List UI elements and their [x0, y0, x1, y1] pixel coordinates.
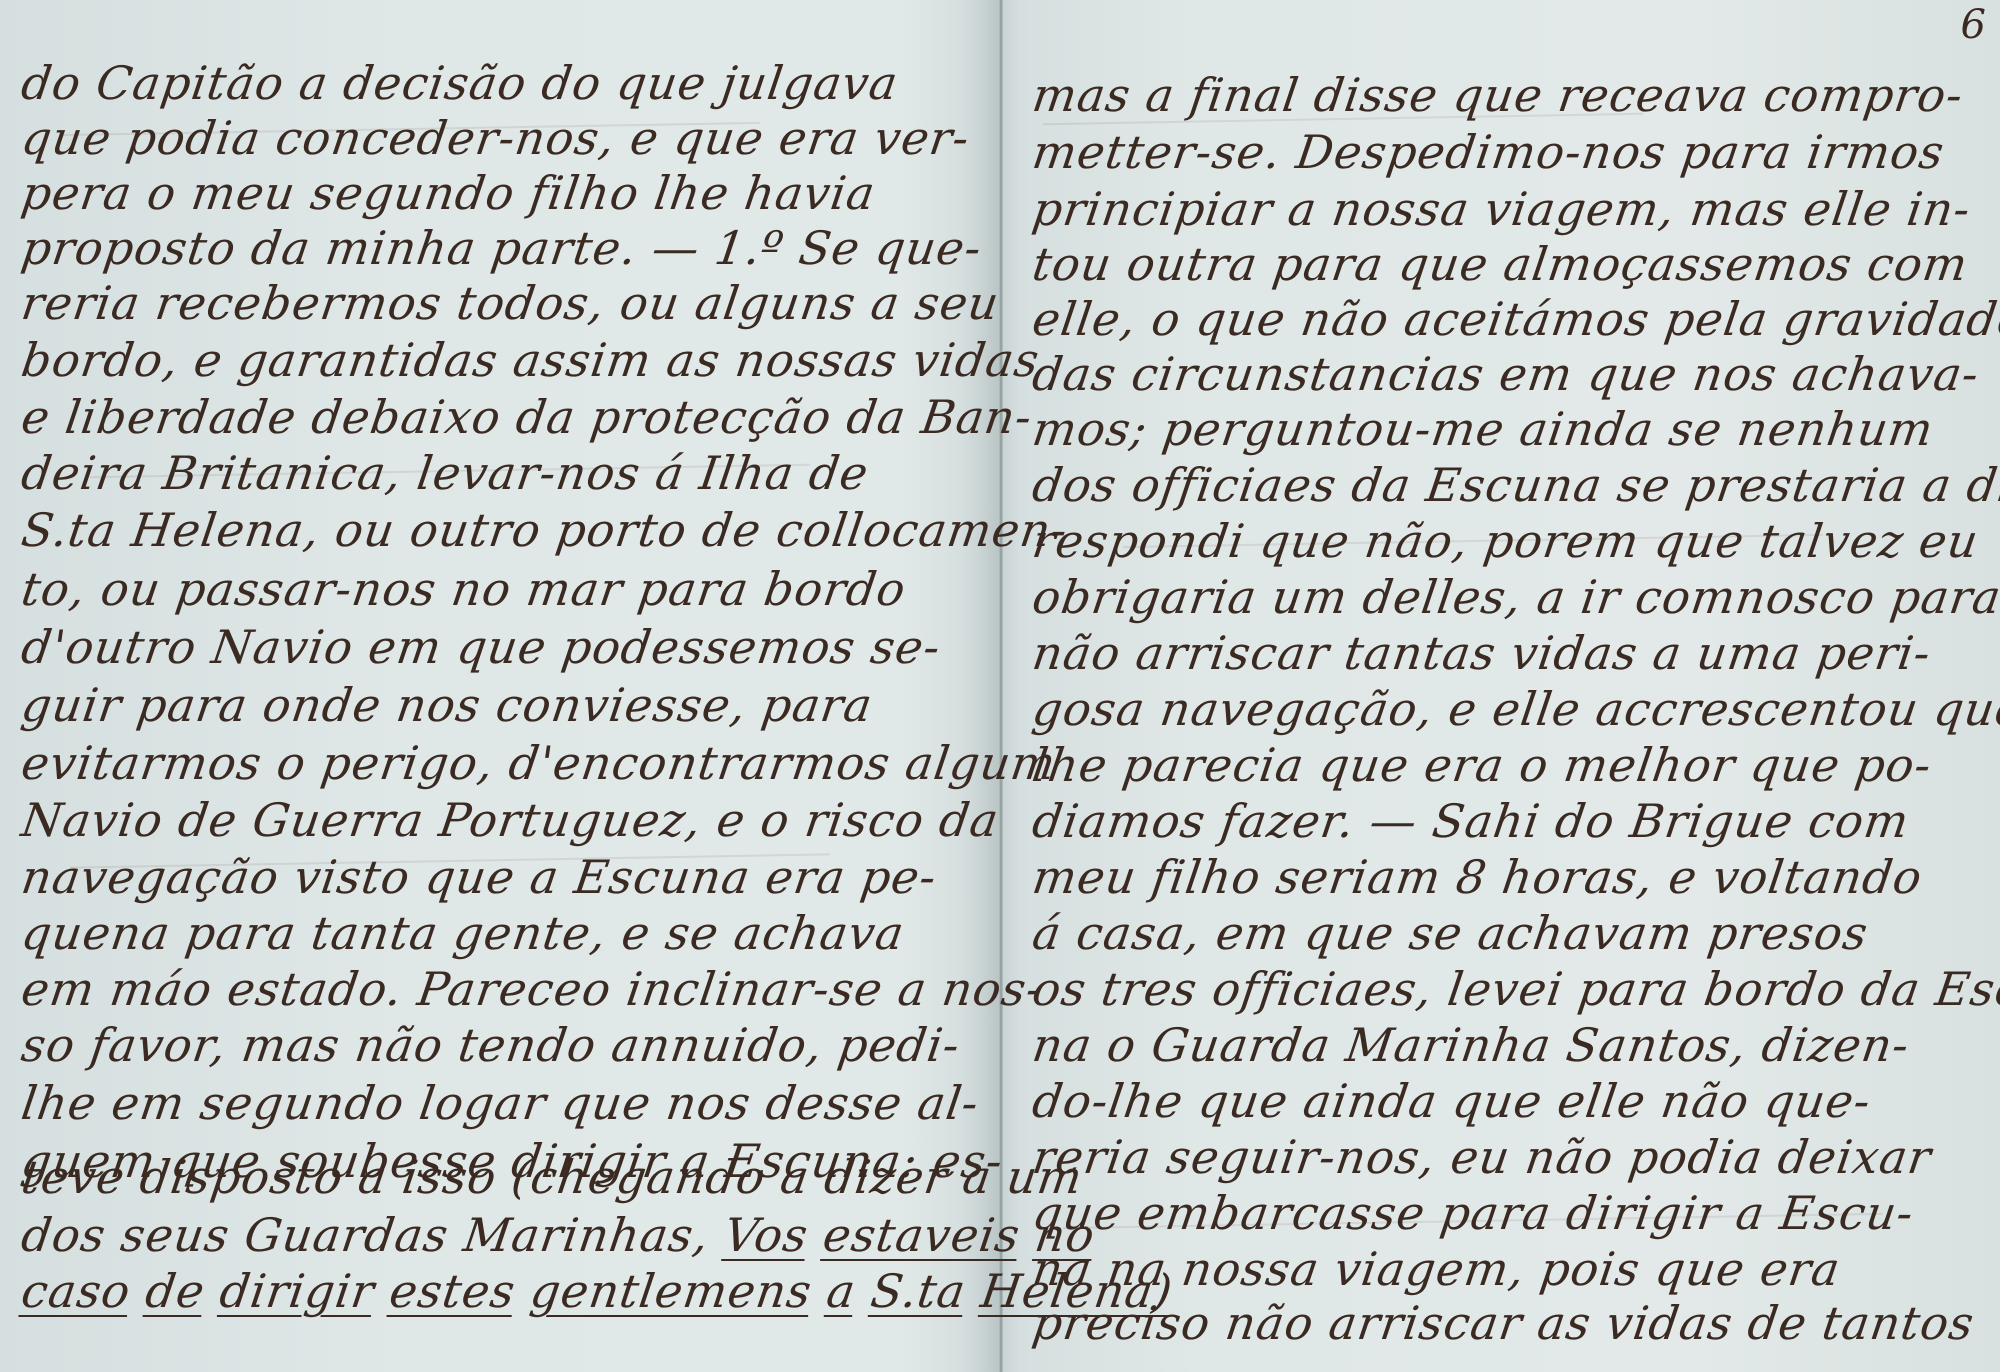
- manuscript-line: reria seguir-nos, eu não podia deixar: [1029, 1130, 1935, 1184]
- underlined-word: de: [142, 1264, 208, 1318]
- underlined-word: caso: [18, 1264, 134, 1318]
- manuscript-line: dos officiaes da Escuna se prestaria a d…: [1029, 458, 2000, 512]
- manuscript-line: das circunstancias em que nos achava-: [1029, 347, 1983, 401]
- page-number: 6: [1961, 2, 1986, 48]
- underlined-word: estes: [386, 1264, 519, 1318]
- manuscript-line: que embarcasse para dirigir a Escu-: [1029, 1186, 1917, 1240]
- left-page: do Capitão a decisão do que julgava que …: [0, 0, 1000, 1372]
- manuscript-line: mas a final disse que receava compro-: [1029, 68, 1967, 122]
- manuscript-spread: do Capitão a decisão do que julgava que …: [0, 0, 2000, 1372]
- manuscript-line: deira Britanica, levar-nos á Ilha de: [18, 446, 872, 500]
- manuscript-line: mos; perguntou-me ainda se nenhum: [1029, 402, 1937, 456]
- manuscript-line: diamos fazer. — Sahi do Brigue com: [1029, 794, 1913, 848]
- manuscript-line: quena para tanta gente, e se achava: [18, 906, 908, 960]
- manuscript-line: do Capitão a decisão do que julgava: [18, 56, 901, 110]
- manuscript-line: elle, o que não aceitámos pela gravidade: [1029, 292, 2000, 346]
- manuscript-line: na o Guarda Marinha Santos, dizen-: [1029, 1018, 1913, 1072]
- manuscript-line: bordo, e garantidas assim as nossas vida…: [18, 333, 1043, 387]
- manuscript-line: á casa, em que se achavam presos: [1029, 906, 1871, 960]
- manuscript-line: e liberdade debaixo da protecção da Ban-: [18, 390, 1036, 444]
- underlined-word: estaveis: [820, 1208, 1024, 1262]
- manuscript-line: respondi que não, porem que talvez eu: [1029, 514, 1982, 568]
- manuscript-line: preciso não arriscar as vidas de tantos: [1029, 1296, 1978, 1350]
- manuscript-line: não arriscar tantas vidas a uma peri-: [1029, 626, 1934, 680]
- manuscript-line: que podia conceder-nos, e que era ver-: [18, 111, 973, 165]
- manuscript-line: evitarmos o perigo, d'encontrarmos algum: [18, 736, 1059, 790]
- manuscript-line: teve disposto a isso (chegando a dizer a…: [18, 1150, 1086, 1204]
- manuscript-line: meu filho seriam 8 horas, e voltando: [1029, 850, 1926, 904]
- manuscript-line: S.ta Helena, ou outro porto de collocame…: [18, 503, 1071, 557]
- manuscript-line: navegação visto que a Escuna era pe-: [18, 850, 940, 904]
- underlined-word: dirigir: [217, 1264, 379, 1318]
- manuscript-line: guir para onde nos conviesse, para: [18, 678, 876, 732]
- underlined-word: gentlemens: [527, 1264, 815, 1318]
- line-prefix: dos seus Guardas Marinhas,: [18, 1208, 728, 1262]
- manuscript-line: gosa navegação, e elle accrescentou que: [1029, 682, 2000, 736]
- manuscript-line: proposto da minha parte. — 1.º Se que-: [18, 221, 985, 275]
- manuscript-line: lhe em segundo logar que nos desse al-: [18, 1076, 982, 1130]
- manuscript-line: lhe parecia que era o melhor que po-: [1029, 738, 1935, 792]
- manuscript-line: os tres officiaes, levei para bordo da E…: [1029, 962, 2000, 1016]
- manuscript-line: principiar a nossa viagem, mas elle in-: [1029, 182, 1974, 236]
- manuscript-line: pera o meu segundo filho lhe havia: [18, 166, 879, 220]
- manuscript-line: tou outra para que almoçassemos com: [1029, 237, 1971, 291]
- manuscript-line: em máo estado. Pareceo inclinar-se a nos…: [18, 962, 1047, 1016]
- manuscript-line: to, ou passar-nos no mar para bordo: [18, 562, 909, 616]
- manuscript-line: Navio de Guerra Portuguez, e o risco da: [18, 793, 1002, 847]
- manuscript-line: d'outro Navio em que podessemos se-: [18, 620, 944, 674]
- manuscript-line: so favor, mas não tendo annuido, pedi-: [18, 1018, 963, 1072]
- manuscript-line: do-lhe que ainda que elle não que-: [1029, 1074, 1874, 1128]
- manuscript-line: reria recebermos todos, ou alguns a seu: [18, 276, 1003, 330]
- manuscript-line-underlined: dos seus Guardas Marinhas, Vos estaveis …: [18, 1208, 1098, 1262]
- manuscript-line: na na nossa viagem, pois que era: [1029, 1242, 1844, 1296]
- underlined-word: Vos: [721, 1208, 812, 1262]
- underlined-word: S.ta: [868, 1264, 970, 1318]
- manuscript-line: obrigaria um delles, a ir comnosco para: [1029, 570, 2000, 624]
- right-page: 6 mas a final disse que receava compro- …: [1003, 0, 2000, 1372]
- manuscript-line: metter-se. Despedimo-nos para irmos: [1029, 125, 1948, 179]
